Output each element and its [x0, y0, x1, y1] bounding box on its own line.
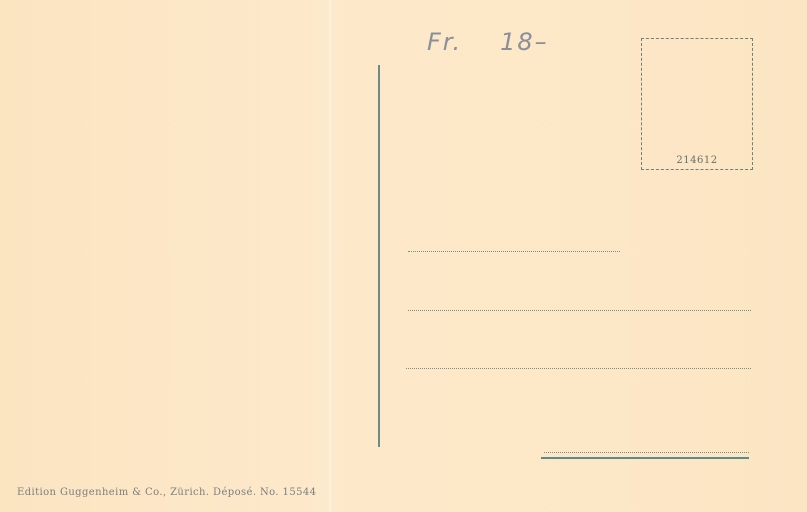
- price-amount: 18–: [500, 28, 549, 56]
- publisher-imprint: Edition Guggenheim & Co., Zürich. Déposé…: [17, 487, 316, 498]
- vertical-divider: [378, 65, 380, 447]
- postcard-back: Fr.18– 214612 Edition Guggenheim & Co., …: [0, 0, 807, 512]
- stamp-box: 214612: [641, 38, 753, 170]
- address-line-2: [408, 310, 751, 311]
- address-line-1: [408, 251, 620, 252]
- address-line-3: [406, 368, 751, 369]
- stamp-box-number: 214612: [642, 155, 752, 166]
- handwritten-price: Fr.18–: [427, 28, 549, 56]
- center-crease: [329, 0, 331, 512]
- address-underline: [541, 457, 749, 459]
- price-prefix: Fr.: [427, 28, 462, 56]
- address-line-4: [544, 452, 749, 453]
